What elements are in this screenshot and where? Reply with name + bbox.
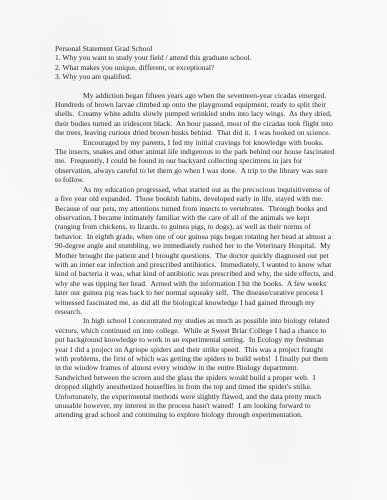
document-header: Personal Statement Grad School 1. Why yo… <box>55 44 335 82</box>
prompt-line-1: 1. Why you want to study your field / at… <box>55 53 335 62</box>
paragraph-college-spiders: In high school I concentrated my studies… <box>55 316 335 419</box>
paragraph-books: Encouraged by my parents, I fed my initi… <box>55 138 335 185</box>
paragraph-cicadas: My addiction began fifteen years ago whe… <box>55 91 335 138</box>
page-title: Personal Statement Grad School <box>55 44 335 53</box>
prompt-line-2: 2. What makes you unique, different, or … <box>55 63 335 72</box>
prompt-line-3: 3. Why you are qualified. <box>55 72 335 81</box>
document-page: Personal Statement Grad School 1. Why yo… <box>0 0 387 500</box>
document-body: My addiction began fifteen years ago whe… <box>55 91 335 420</box>
paragraph-education-guinea-pig: As my education progressed, what started… <box>55 185 335 317</box>
